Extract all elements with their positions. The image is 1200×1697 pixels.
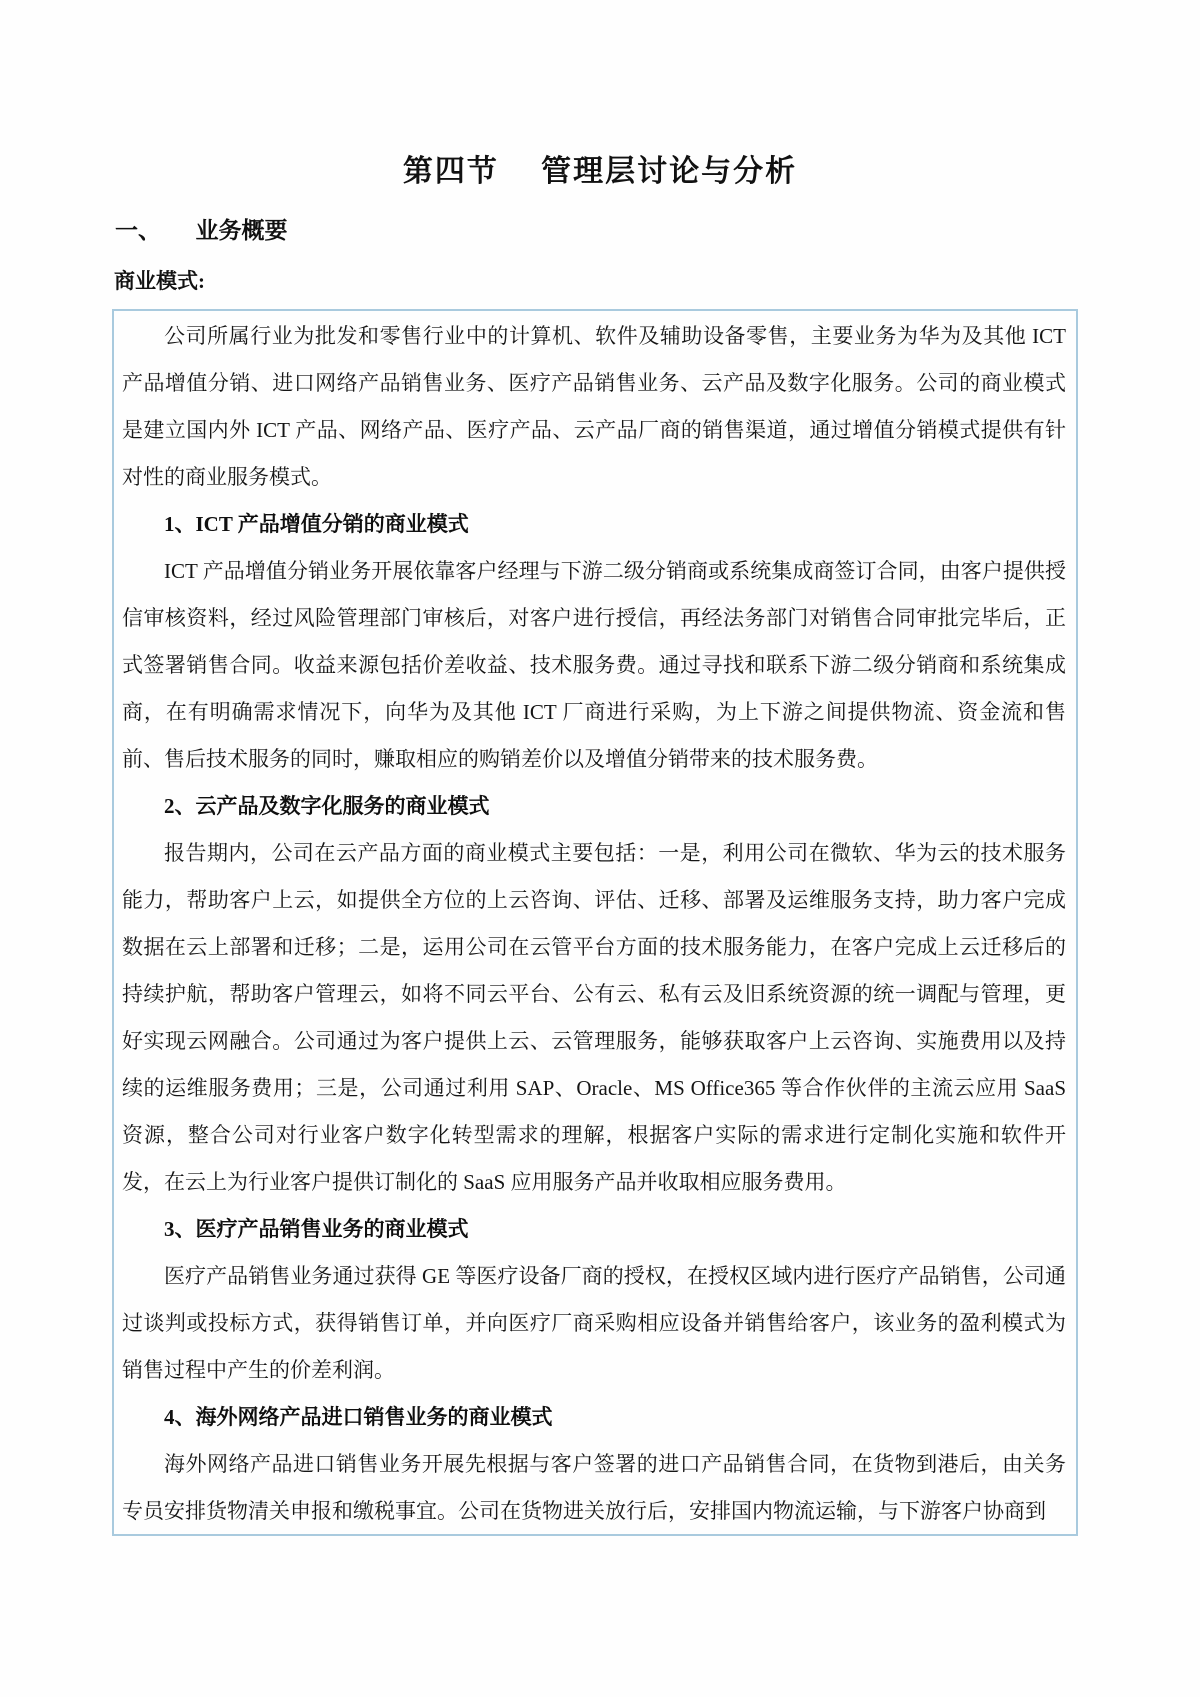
document-page: 第四节 管理层讨论与分析 一、 业务概要 商业模式: 公司所属行业为批发和零售行… (0, 0, 1200, 1697)
sub-heading-cloud-services: 2、云产品及数字化服务的商业模式 (122, 783, 1066, 830)
business-model-label: 商业模式: (114, 266, 1200, 296)
paragraph-ict-distribution: ICT 产品增值分销业务开展依靠客户经理与下游二级分销商或系统集成商签订合同，由… (122, 548, 1066, 783)
paragraph-cloud-services: 报告期内，公司在云产品方面的商业模式主要包括：一是，利用公司在微软、华为云的技术… (122, 830, 1066, 1206)
sub-heading-overseas-network-import: 4、海外网络产品进口销售业务的商业模式 (122, 1394, 1066, 1441)
page-title: 第四节 管理层讨论与分析 (0, 0, 1200, 194)
paragraph-industry-overview: 公司所属行业为批发和零售行业中的计算机、软件及辅助设备零售，主要业务为华为及其他… (122, 313, 1066, 501)
business-model-box: 公司所属行业为批发和零售行业中的计算机、软件及辅助设备零售，主要业务为华为及其他… (112, 309, 1078, 1536)
paragraph-medical-sales: 医疗产品销售业务通过获得 GE 等医疗设备厂商的授权，在授权区域内进行医疗产品销… (122, 1253, 1066, 1394)
sub-heading-ict-distribution: 1、ICT 产品增值分销的商业模式 (122, 501, 1066, 548)
sub-heading-medical-sales: 3、医疗产品销售业务的商业模式 (122, 1206, 1066, 1253)
paragraph-overseas-network-import: 海外网络产品进口销售业务开展先根据与客户签署的进口产品销售合同，在货物到港后，由… (122, 1441, 1066, 1535)
section-heading: 一、 业务概要 (115, 214, 1200, 246)
